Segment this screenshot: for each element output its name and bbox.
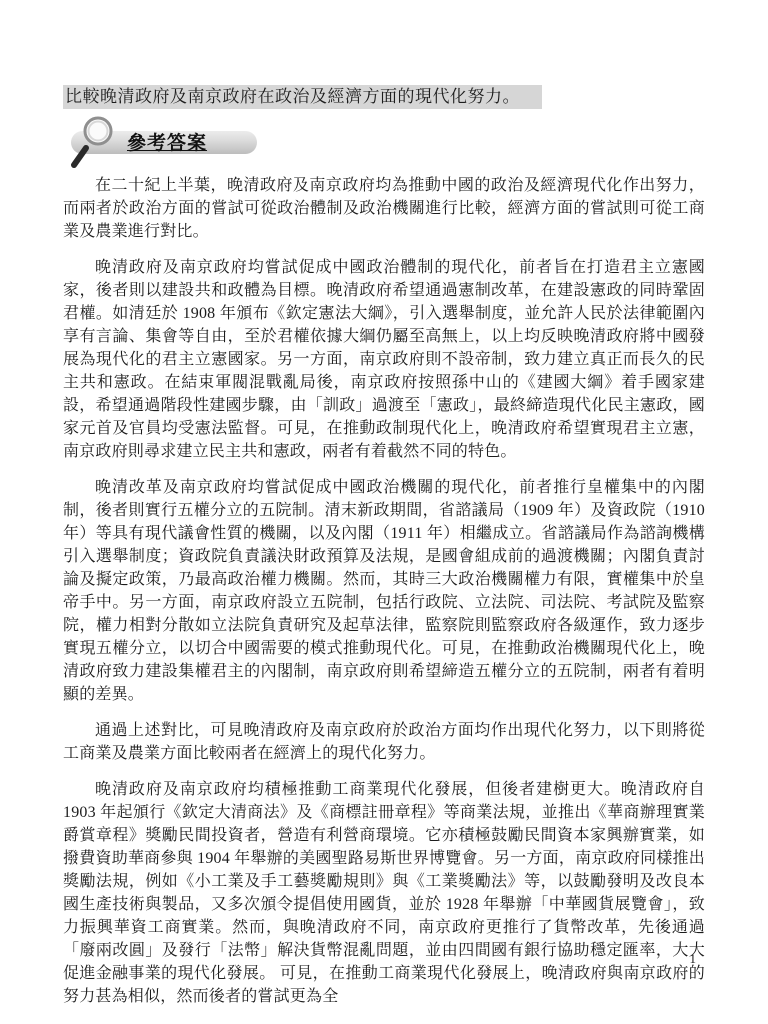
answer-body: 在二十紀上半葉，晚清政府及南京政府均為推動中國的政治及經濟現代化作出努力，而兩者… <box>63 174 705 1008</box>
answer-header: 參考答案 <box>63 116 705 168</box>
answer-header-label: 參考答案 <box>127 128 207 155</box>
paragraph-political-system: 晚清政府及南京政府均嘗試促成中國政治體制的現代化，前者旨在打造君主立憲國家，後者… <box>63 256 705 463</box>
document-page: 比較晚清政府及南京政府在政治及經濟方面的現代化努力。 參考答案 在二十紀上半葉，… <box>0 0 768 1024</box>
page-number: 1 <box>690 951 697 967</box>
paragraph-economy: 晚清政府及南京政府均積極推動工商業現代化發展，但後者建樹更大。晚清政府自 190… <box>63 778 705 1008</box>
paragraph-transition: 通過上述對比，可見晚清政府及南京政府於政治方面均作出現代化努力，以下則將從工商業… <box>63 719 705 765</box>
question-title: 比較晚清政府及南京政府在政治及經濟方面的現代化努力。 <box>63 83 705 110</box>
magnifier-icon <box>65 114 117 170</box>
paragraph-intro: 在二十紀上半葉，晚清政府及南京政府均為推動中國的政治及經濟現代化作出努力，而兩者… <box>63 174 705 243</box>
paragraph-political-organs: 晚清改革及南京政府均嘗試促成中國政治機關的現代化，前者推行皇權集中的內閣制，後者… <box>63 476 705 706</box>
question-title-text: 比較晚清政府及南京政府在政治及經濟方面的現代化努力。 <box>63 85 542 109</box>
